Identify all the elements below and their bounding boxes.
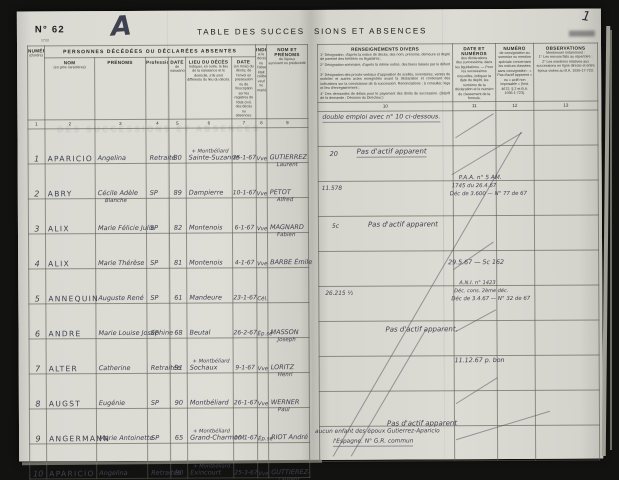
cell-profession: Retraité — [146, 128, 169, 163]
scanned-register-screen: N° 62 1733 A TABLE DES SUCCES SIONS ET A… — [0, 0, 619, 480]
column-number: 13 — [534, 101, 598, 110]
column-header-date-deces: DATE(en mois) du décès, de l'envoi en po… — [232, 57, 256, 119]
grid-cell — [497, 320, 535, 355]
cell-numero: 7 — [29, 339, 46, 374]
page-title-left: TABLE DES SUCCES — [167, 27, 305, 37]
cell-profession: SP — [146, 198, 169, 233]
cell-nom: ALIX — [45, 198, 95, 233]
cell-lieu: + MontbéliardGrand-Charmont — [187, 408, 233, 443]
column-header-numero-consignation: NUMÉRO de consignation au sommier ou men… — [496, 43, 534, 101]
cell-etat-civil: Vve — [256, 163, 267, 198]
cell-nom: APARICIO — [45, 128, 95, 163]
cell-etat-civil: Vve — [256, 128, 267, 163]
cell-naissance: 80 — [169, 128, 186, 163]
cell-numero: 8 — [29, 374, 46, 409]
cell-profession: SP — [146, 233, 169, 268]
register-row: 7 ALTER Catherine Retraitée 91 + Montbél… — [29, 337, 309, 373]
grid-cell — [454, 390, 497, 425]
annotation-observation: aucun enfant des époux Gutierrez-Aparici… — [315, 428, 440, 435]
cell-date-deces: 26-2-67 — [233, 303, 257, 338]
cell-epoux: RIOT André — [268, 407, 309, 442]
cell-etat-civil: Vve — [256, 233, 267, 268]
grid-cell — [454, 320, 497, 355]
cell-prenoms: Eugénie — [96, 373, 147, 408]
alphabet-letter: A — [110, 10, 133, 42]
cell-nom: AUGST — [46, 373, 96, 408]
annotation-number: 11.578 — [322, 186, 342, 192]
grid-cell — [497, 425, 535, 460]
annotation-no-assets: Pas d'actif apparent — [387, 419, 457, 427]
cell-lieu: Montenois — [186, 198, 232, 233]
annotation-duplicate-note: double emploi avec n° 10 ci-dessous. — [322, 113, 440, 123]
cell-lieu: + MontbéliardSochaux — [187, 338, 233, 373]
grid-cell — [535, 355, 599, 390]
cell-naissance: 65 — [170, 408, 187, 443]
column-header-numero: NUMÉRO(d'ordre) — [28, 46, 45, 120]
register-row: 5 ANNEQUIN Auguste René SP 61 Mandeure 2… — [29, 267, 309, 303]
cell-naissance: 81 — [169, 233, 186, 268]
grid-cell — [535, 320, 599, 355]
column-number: 1 — [28, 120, 45, 129]
column-header-date-naissance: DATEde naissance — [169, 57, 186, 119]
annotation-number: 26.215 ½ — [325, 291, 353, 297]
register-row: 9 ANGERMANN Marie Antoinette SP 65 + Mon… — [29, 407, 309, 443]
cell-etat-civil: Ép.se — [257, 408, 268, 443]
column-header-epoux: NOM ET PRÉNOMS de l'époux survivant ou p… — [267, 45, 308, 119]
cell-date-deces: 10-1-67 — [232, 163, 256, 198]
grid-cell — [534, 180, 598, 215]
cell-profession: SP — [147, 268, 170, 303]
cell-nom: ALIX — [45, 233, 95, 268]
register-number: N° 62 — [35, 24, 65, 35]
column-number: 4 — [146, 119, 169, 128]
column-number: 5 — [169, 119, 186, 128]
cell-epoux: BARBE Émile — [267, 232, 308, 267]
cell-lieu: Dampierre — [186, 163, 232, 198]
ink-smudge — [569, 31, 595, 37]
cell-naissance: 90 — [170, 373, 187, 408]
annotation-declaration: A.N.I. n° 1423 — [459, 280, 495, 286]
cell-epoux: WERNERPaul — [268, 372, 309, 407]
register-row: 2 ABRY Cécile AdèleBlanche SP 89 Dampier… — [28, 162, 308, 198]
register-spread: N° 62 1733 A TABLE DES SUCCES SIONS ET A… — [17, 8, 603, 461]
cell-prenoms: Marie Antoinette — [96, 408, 147, 443]
cell-lieu: Beutal — [187, 303, 233, 338]
cell-etat-civil: Vve — [256, 198, 267, 233]
grid-cell — [453, 215, 496, 250]
column-header-nom: NOM(en gros caractères) — [45, 58, 95, 120]
annotation-number: 5c — [332, 223, 339, 230]
cell-etat-civil: Cél. — [257, 268, 268, 303]
cell-profession: SP — [147, 303, 170, 338]
register-row: 8 AUGST Eugénie SP 90 Montbéliard 26-1-6… — [29, 372, 309, 408]
cell-prenoms: Marie Louise Joséphine — [96, 303, 147, 338]
grid-cell — [496, 180, 534, 215]
cell-date-deces: 26-1-67 — [233, 373, 257, 408]
grid-cell — [535, 250, 599, 285]
column-number: 8 — [256, 119, 267, 128]
column-header-renseignements: RENSEIGNEMENTS DIVERS 1° Désignation, d'… — [318, 44, 453, 103]
group-header-personnes: PERSONNES DÉCÉDÉES OU DÉCLARÉES ABSENTES — [45, 45, 256, 58]
annotation-no-assets: Pas d'actif apparent — [357, 147, 427, 157]
grid-cell — [534, 110, 598, 145]
cell-lieu: + MontbéliardSainte-Suzanne — [186, 128, 232, 163]
column-header-lieu-deces: LIEU DU DÉCÈSIndiquer, en outre, le lieu… — [186, 57, 232, 119]
cell-prenoms: Angelina — [95, 128, 146, 163]
column-number: 7 — [232, 119, 256, 128]
page-stack-edge — [602, 26, 611, 456]
grid-cell — [535, 425, 599, 460]
cell-etat-civil: Vve — [257, 373, 268, 408]
cell-numero: 5 — [29, 269, 46, 304]
cell-lieu: Mandeure — [187, 268, 233, 303]
column-number: 12 — [496, 101, 534, 110]
cell-etat-civil: Ép.se — [257, 303, 268, 338]
cell-nom: ANGERMANN — [46, 408, 96, 443]
grid-cell — [535, 285, 599, 320]
cell-nom: ANNEQUIN — [46, 268, 96, 303]
column-header-profession: Profession — [146, 57, 169, 119]
cell-prenoms: Auguste René — [96, 268, 147, 303]
column-header-indiquer: INDIQUERsi le décédé ou l'absent était c… — [256, 45, 267, 119]
cell-nom: ALTER — [46, 338, 96, 373]
grid-cell — [534, 215, 598, 250]
register-row: 6 ANDRE Marie Louise Joséphine SP 68 Beu… — [29, 302, 309, 338]
page-stack-edge — [610, 30, 612, 450]
annotation-declaration: Déc de 3.4.67 — N° 32 de 67 — [451, 296, 530, 302]
cell-date-deces: 23-1-67 — [233, 268, 257, 303]
annotation-no-assets: Pas d'actif apparent — [368, 220, 438, 228]
cell-profession: SP — [147, 408, 170, 443]
cell-nom: ANDRE — [46, 303, 96, 338]
column-number: 3 — [95, 119, 146, 128]
cell-numero: 3 — [28, 199, 45, 234]
grid-cell — [497, 250, 535, 285]
form-reference: 1733 — [41, 38, 49, 42]
successions-table-right: RENSEIGNEMENTS DIVERS 1° Désignation, d'… — [317, 42, 600, 461]
cell-numero: 1 — [28, 129, 45, 164]
annotation-declaration: Déc. cons. 2ème déc. — [454, 288, 508, 294]
cell-nom: ABRY — [45, 163, 95, 198]
cell-lieu: Montenois — [186, 233, 232, 268]
register-row: 1 APARICIO Angelina Retraité 80 + Montbé… — [28, 127, 308, 163]
cell-date-deces: 6-1-67 — [232, 198, 256, 233]
cell-date-deces: 9-1-67 — [233, 338, 257, 373]
cell-naissance: 61 — [170, 268, 187, 303]
annotation-declaration: Déc de 3.600 — N° 77 de 67 — [450, 191, 527, 197]
cell-epoux: MASSONJoseph — [268, 302, 309, 337]
annotation-declaration: 11.12.67 p. bon — [455, 357, 505, 364]
cell-date-deces: 25-1-67 — [232, 128, 256, 163]
register-row — [319, 320, 599, 356]
cell-date-deces: 4-1-67 — [232, 233, 256, 268]
cell-prenoms: Catherine — [96, 338, 147, 373]
cell-naissance: 91 — [170, 338, 187, 373]
cell-prenoms: Marie Félicie Julie — [95, 198, 146, 233]
cell-epoux — [268, 267, 309, 302]
cell-prenoms: Marie Thérèse — [95, 233, 146, 268]
cell-epoux: LORITZHenri — [268, 337, 309, 372]
grid-cell — [535, 390, 599, 425]
cell-naissance: 82 — [169, 198, 186, 233]
cell-numero: 2 — [28, 164, 45, 199]
cell-naissance: 68 — [170, 303, 187, 338]
cell-epoux: PETOTAlfred — [267, 162, 308, 197]
annotation-no-assets: Pas d'actif apparent. — [385, 325, 457, 333]
column-number: 9 — [267, 118, 308, 127]
cell-profession: Retraitée — [147, 338, 170, 373]
cell-etat-civil: Vve — [257, 338, 268, 373]
column-header-date-numeros: DATE ET NUMÉROS des déclarations des suc… — [453, 44, 496, 102]
cell-epoux: MAGNARDFabien — [267, 197, 308, 232]
cell-numero: 6 — [29, 304, 46, 339]
cell-date-deces: 10-1-67 — [233, 408, 257, 443]
cell-numero: 4 — [28, 234, 45, 269]
cell-lieu: Montbéliard — [187, 373, 233, 408]
cell-profession: SP — [147, 373, 170, 408]
grid-cell — [454, 425, 497, 460]
register-row: 3 ALIX Marie Félicie Julie SP 82 Monteno… — [28, 197, 308, 233]
cell-profession: SP — [146, 163, 169, 198]
page-title-right: SIONS ET ABSENCES — [314, 26, 427, 36]
successions-table-left: NUMÉRO(d'ordre) PERSONNES DÉCÉDÉES OU DÉ… — [27, 44, 310, 479]
register-row — [318, 215, 598, 251]
grid-cell — [534, 145, 598, 180]
column-header-observations: OBSERVATIONS Mentionner notamment : 1° L… — [533, 43, 597, 101]
annotation-number: 20 — [330, 150, 338, 158]
annotation-observation: l'Espagne. N° G.R. commun — [333, 438, 413, 446]
cell-numero: 9 — [29, 409, 46, 444]
register-row: 4 ALIX Marie Thérèse SP 81 Montenois 4-1… — [28, 232, 308, 268]
column-number: 2 — [45, 119, 95, 128]
cell-naissance: 89 — [169, 163, 186, 198]
cell-prenoms: Cécile AdèleBlanche — [95, 163, 146, 198]
cell-epoux: GUTIERREZLaurent — [267, 127, 308, 162]
column-number: 11 — [453, 101, 496, 110]
column-header-prenoms: PRÉNOMS — [95, 57, 146, 119]
column-number: 6 — [186, 119, 232, 128]
grid-cell — [496, 215, 534, 250]
